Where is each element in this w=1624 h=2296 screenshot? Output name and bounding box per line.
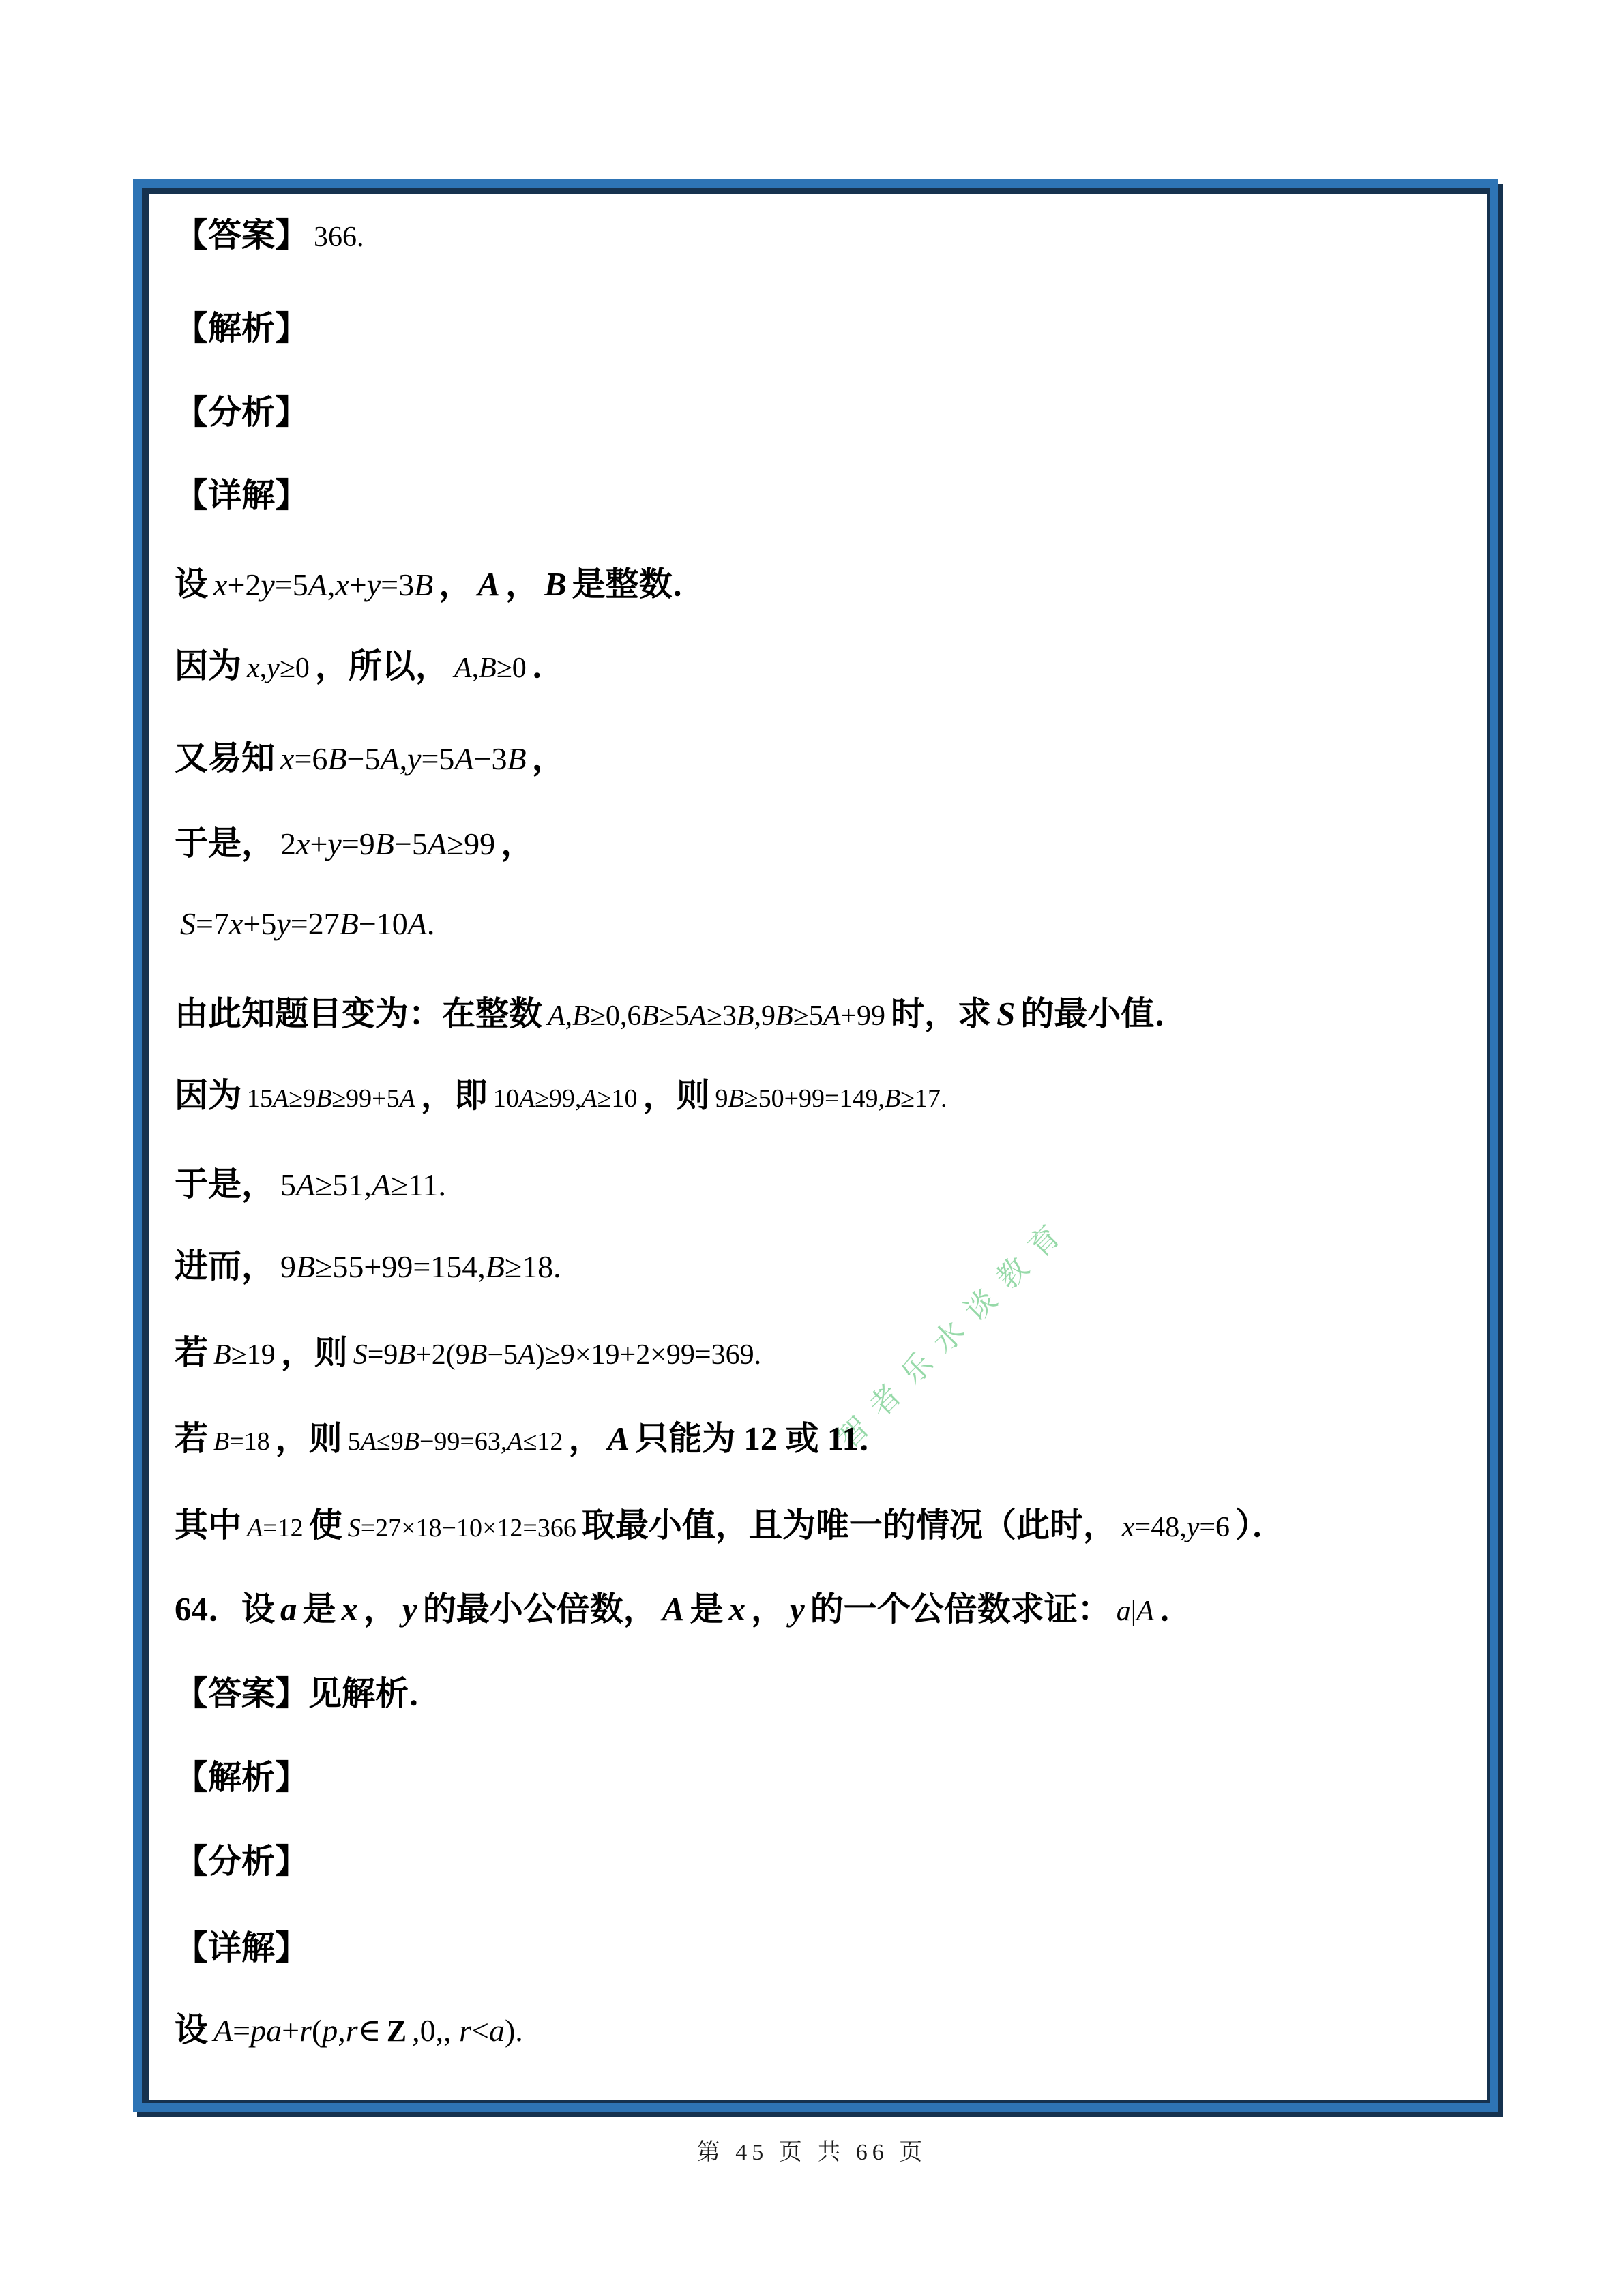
text-line: 【详解】 xyxy=(175,475,308,516)
text-segment: 只能为 12 或 11． xyxy=(635,1420,892,1457)
text-segment: ,0,, r<a). xyxy=(412,2013,523,2048)
text-segment: ， xyxy=(501,824,534,862)
text-segment: A=pa+r(p,r∈ xyxy=(213,2013,381,2048)
text-line: 【答案】366. xyxy=(175,214,370,256)
text-segment: A,B≥0 xyxy=(454,653,527,684)
text-segment: 【分析】 xyxy=(175,1843,308,1880)
text-line: 【解析】 xyxy=(175,1757,308,1798)
text-segment: 的最小公倍数， xyxy=(423,1590,657,1628)
text-segment: ， xyxy=(439,565,472,603)
text-segment: ， xyxy=(532,739,565,777)
text-segment: 【答案】见解析． xyxy=(175,1675,442,1712)
text-segment: x=48,y=6 xyxy=(1122,1512,1230,1543)
text-segment: 于是， xyxy=(175,1165,275,1203)
text-segment: ． xyxy=(1160,1590,1193,1628)
text-segment: 64．设 xyxy=(175,1590,275,1628)
text-segment: B=18 xyxy=(213,1427,270,1456)
text-line: S=7x+5y=27B−10A. xyxy=(175,904,440,944)
text-segment: B xyxy=(544,565,567,603)
text-segment: 是 xyxy=(690,1590,724,1628)
text-segment: 5A≥51,A≥11. xyxy=(280,1167,446,1202)
text-line: 因为x,y≥0，所以，A,B≥0． xyxy=(175,645,565,687)
text-segment: 5A≤9B−99=63,A≤12 xyxy=(348,1427,563,1456)
text-segment: ， xyxy=(751,1590,784,1628)
text-line: 又易知x=6B−5A,y=5A−3B， xyxy=(175,737,565,779)
text-line: 【详解】 xyxy=(175,1927,308,1969)
text-segment: 【分析】 xyxy=(175,393,308,431)
text-segment: A,B≥0,6B≥5A≥3B,9B≥5A+99 xyxy=(548,1000,885,1032)
text-segment: 是整数． xyxy=(572,565,706,603)
text-line: 【分析】 xyxy=(175,1840,308,1882)
text-segment: S=7x+5y=27B−10A. xyxy=(180,906,434,941)
text-segment: 【解析】 xyxy=(175,310,308,347)
text-segment: 15A≥9B≥99+5A xyxy=(247,1084,415,1113)
text-segment: 由此知题目变为：在整数 xyxy=(175,995,542,1032)
text-segment: 【解析】 xyxy=(175,1759,308,1796)
text-segment: A xyxy=(477,565,500,603)
text-segment: ）． xyxy=(1235,1506,1286,1544)
text-line: 设A=pa+r(p,r∈Z,0,, r<a). xyxy=(175,2009,529,2051)
text-segment: ． xyxy=(532,647,565,685)
text-segment: 设 xyxy=(175,565,208,603)
text-segment: B≥19 xyxy=(213,1339,276,1371)
text-segment: 9B≥50+99=149,B≥17. xyxy=(715,1084,947,1113)
text-line: 于是，2x+y=9B−5A≥99， xyxy=(175,822,534,864)
text-segment: ，则 xyxy=(643,1077,710,1114)
text-segment: S=9B+2(9B−5A)≥9×19+2×99=369. xyxy=(353,1339,761,1371)
text-line: 【答案】见解析． xyxy=(175,1673,442,1714)
text-segment: y xyxy=(402,1590,417,1628)
text-segment: 其中 xyxy=(175,1506,241,1544)
text-segment: 于是， xyxy=(175,824,275,862)
text-segment: A=12 xyxy=(247,1514,304,1542)
text-segment: ， xyxy=(568,1420,602,1457)
text-segment: 2x+y=9B−5A≥99 xyxy=(280,826,495,861)
text-line: 若B=18，则5A≤9B−99=63,A≤12，A只能为 12 或 11． xyxy=(175,1418,892,1459)
text-segment: ，即 xyxy=(421,1077,488,1114)
text-segment: 使 xyxy=(309,1506,342,1544)
text-segment: a xyxy=(280,1590,297,1628)
text-segment: S xyxy=(996,995,1015,1032)
text-segment: 【答案】 xyxy=(175,216,308,254)
text-line: 其中A=12使S=27×18−10×12=366取最小值，且为唯一的情况（此时，… xyxy=(175,1504,1286,1546)
text-segment: 又易知 xyxy=(175,739,275,777)
text-segment: 进而， xyxy=(175,1247,275,1285)
text-line: 由此知题目变为：在整数A,B≥0,6B≥5A≥3B,9B≥5A+99时，求S的最… xyxy=(175,993,1187,1034)
text-segment: 9B≥55+99=154,B≥18. xyxy=(280,1249,561,1284)
text-segment: 时，求 xyxy=(891,995,991,1032)
text-segment: ，所以， xyxy=(315,647,449,685)
text-segment: a|A xyxy=(1117,1596,1154,1627)
text-segment: 取最小值，且为唯一的情况（此时， xyxy=(582,1506,1117,1544)
text-segment: A xyxy=(607,1420,630,1457)
text-segment: 的最小值． xyxy=(1020,995,1187,1032)
text-segment: x xyxy=(342,1590,359,1628)
text-segment: 10A≥99,A≥10 xyxy=(493,1084,638,1113)
text-segment: 【详解】 xyxy=(175,1929,308,1967)
text-segment: x=6B−5A,y=5A−3B xyxy=(280,741,527,776)
content-lines: 【答案】366.【解析】【分析】【详解】设x+2y=5A,x+y=3B，A，B是… xyxy=(142,188,1490,2103)
text-segment: 【详解】 xyxy=(175,477,308,514)
text-segment: 366. xyxy=(314,222,364,253)
text-segment: 设 xyxy=(175,2011,208,2048)
text-segment: 是 xyxy=(303,1590,336,1628)
text-line: 若B≥19，则S=9B+2(9B−5A)≥9×19+2×99=369. xyxy=(175,1332,767,1373)
text-segment: ， xyxy=(364,1590,397,1628)
text-segment: Z xyxy=(387,2014,407,2048)
text-segment: 若 xyxy=(175,1334,208,1371)
text-line: 因为15A≥9B≥99+5A，即10A≥99,A≥10，则9B≥50+99=14… xyxy=(175,1075,953,1116)
text-segment: 的一个公倍数求证： xyxy=(810,1590,1111,1628)
text-line: 设x+2y=5A,x+y=3B，A，B是整数． xyxy=(175,563,706,605)
text-segment: 因为 xyxy=(175,647,241,685)
text-segment: ，则 xyxy=(281,1334,348,1371)
text-segment: ， xyxy=(505,565,539,603)
text-line: 【分析】 xyxy=(175,391,308,433)
text-segment: y xyxy=(790,1590,805,1628)
text-segment: ，则 xyxy=(276,1420,342,1457)
text-line: 【解析】 xyxy=(175,308,308,349)
page-number: 第 45 页 共 66 页 xyxy=(0,2133,1624,2166)
text-segment: 若 xyxy=(175,1420,208,1457)
page-border-frame: 智者乐水谈教育 【答案】366.【解析】【分析】【详解】设x+2y=5A,x+y… xyxy=(133,179,1498,2112)
text-segment: 因为 xyxy=(175,1077,241,1114)
text-line: 64．设a是x，y的最小公倍数，A是x，y的一个公倍数求证：a|A． xyxy=(175,1588,1193,1630)
text-line: 于是，5A≥51,A≥11. xyxy=(175,1163,452,1205)
text-line: 进而，9B≥55+99=154,B≥18. xyxy=(175,1245,567,1287)
text-segment: x xyxy=(729,1590,746,1628)
text-segment: S=27×18−10×12=366 xyxy=(348,1514,576,1542)
text-segment: A xyxy=(662,1590,685,1628)
text-segment: x,y≥0 xyxy=(247,653,310,684)
text-segment: x+2y=5A,x+y=3B xyxy=(213,567,433,602)
